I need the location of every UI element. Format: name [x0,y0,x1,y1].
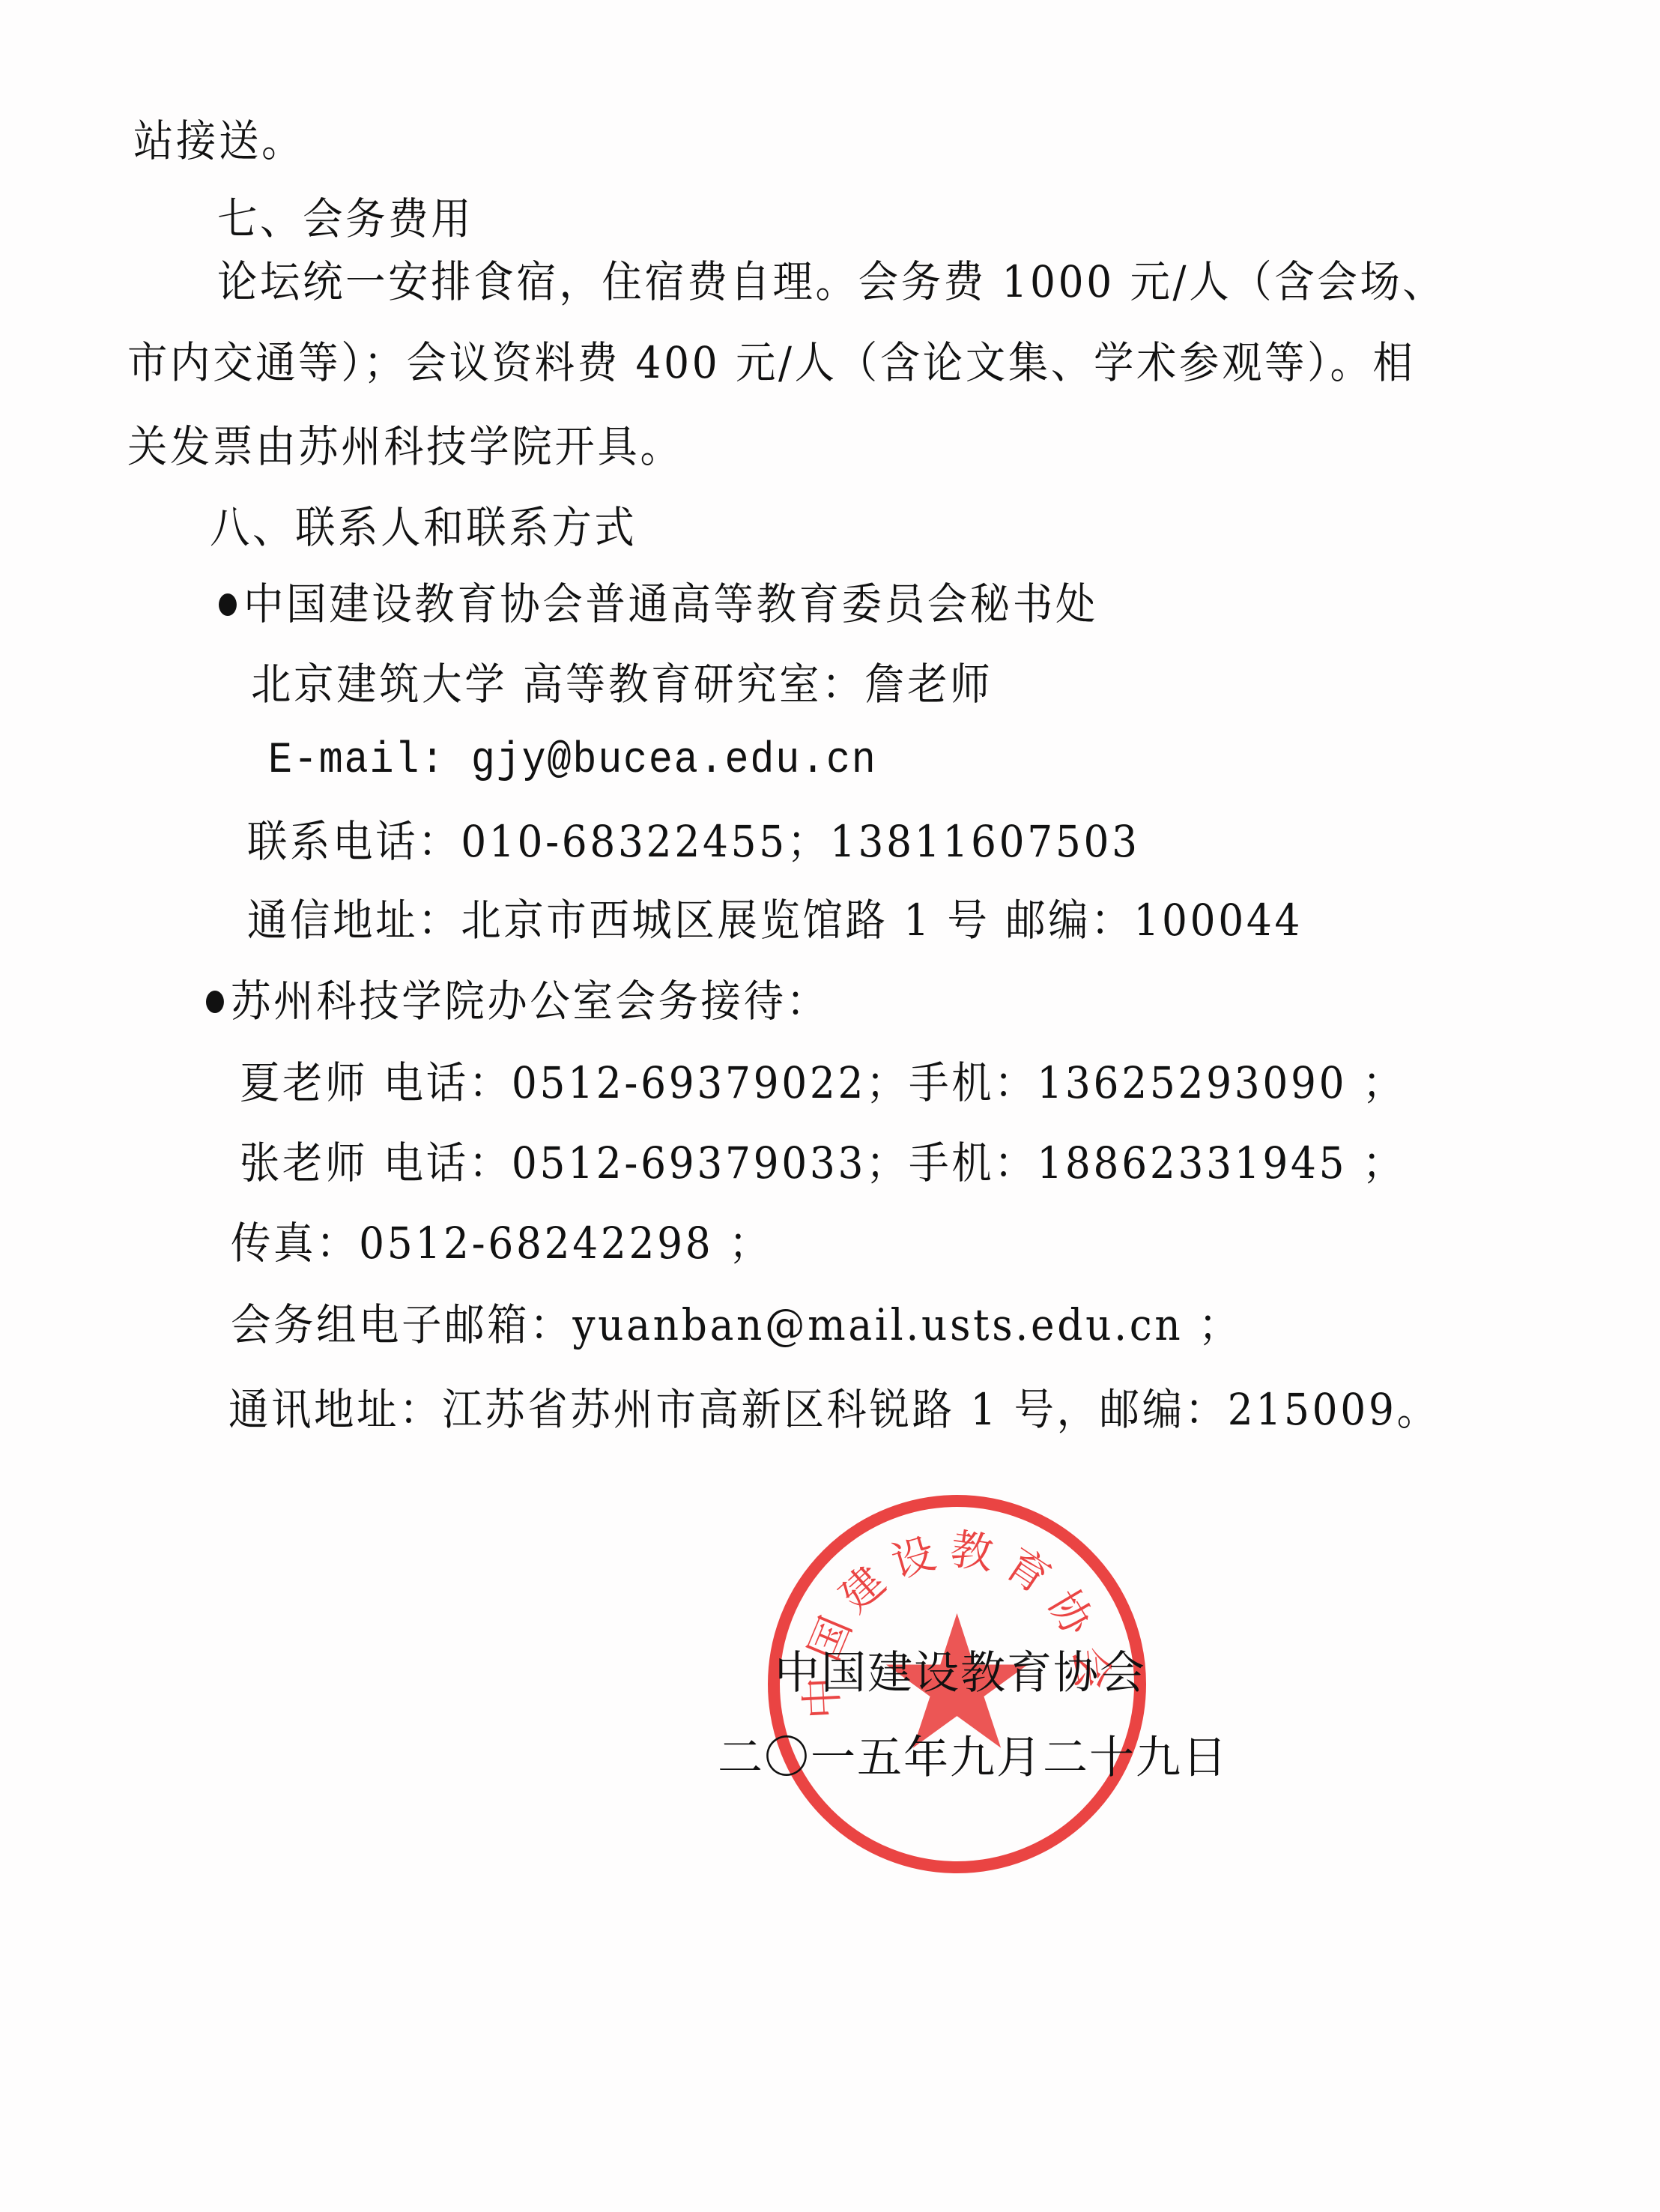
contact-2-address: 通讯地址：江苏省苏州市高新区科锐路 1 号，邮编：215009。 [228,1382,1440,1436]
section-8-heading: 八、联系人和联系方式 [210,501,637,554]
section-7-heading: 七、会务费用 [217,192,473,246]
section-7-paragraph-line-1: 论坛统一安排食宿，住宿费自理。会务费 1000 元/人（含会场、 [217,255,1445,309]
continuation-text: 站接送。 [133,114,304,168]
contact-1-phone: 联系电话：010-68322455；13811607503 [247,815,1140,868]
contact-1-title: 中国建设教育协会普通高等教育委员会秘书处 [219,577,1098,631]
signature-date: 二〇一五年九月二十九日 [718,1731,1229,1785]
contact-2-person-1: 夏老师 电话：0512-69379022；手机：13625293090 ； [240,1056,1405,1110]
section-7-paragraph-line-3: 关发票由苏州科技学院开具。 [127,420,683,474]
bullet-icon [206,991,224,1013]
contact-1-dept: 北京建筑大学 高等教育研究室：詹老师 [251,657,993,711]
contact-1-address: 通信地址：北京市西城区展览馆路 1 号 邮编：100044 [247,893,1303,947]
bullet-icon [219,593,237,616]
contact-2-person-2: 张老师 电话：0512-69379033；手机：18862331945 ； [240,1136,1405,1190]
section-7-paragraph-line-2: 市内交通等）；会议资料费 400 元/人（含论文集、学术参观等）。相 [127,336,1416,390]
contact-2-title: 苏州科技学院办公室会务接待： [206,974,829,1028]
signature-organization: 中国建设教育协会 [775,1646,1146,1700]
contact-2-email: 会务组电子邮箱：yuanban@mail.usts.edu.cn ； [231,1298,1241,1352]
contact-2-fax: 传真：0512-68242298 ； [231,1216,772,1270]
contact-2-title-text: 苏州科技学院办公室会务接待： [231,976,829,1027]
contact-1-title-text: 中国建设教育协会普通高等教育委员会秘书处 [243,578,1098,629]
contact-1-email: E-mail: gjy@bucea.edu.cn [268,734,877,788]
